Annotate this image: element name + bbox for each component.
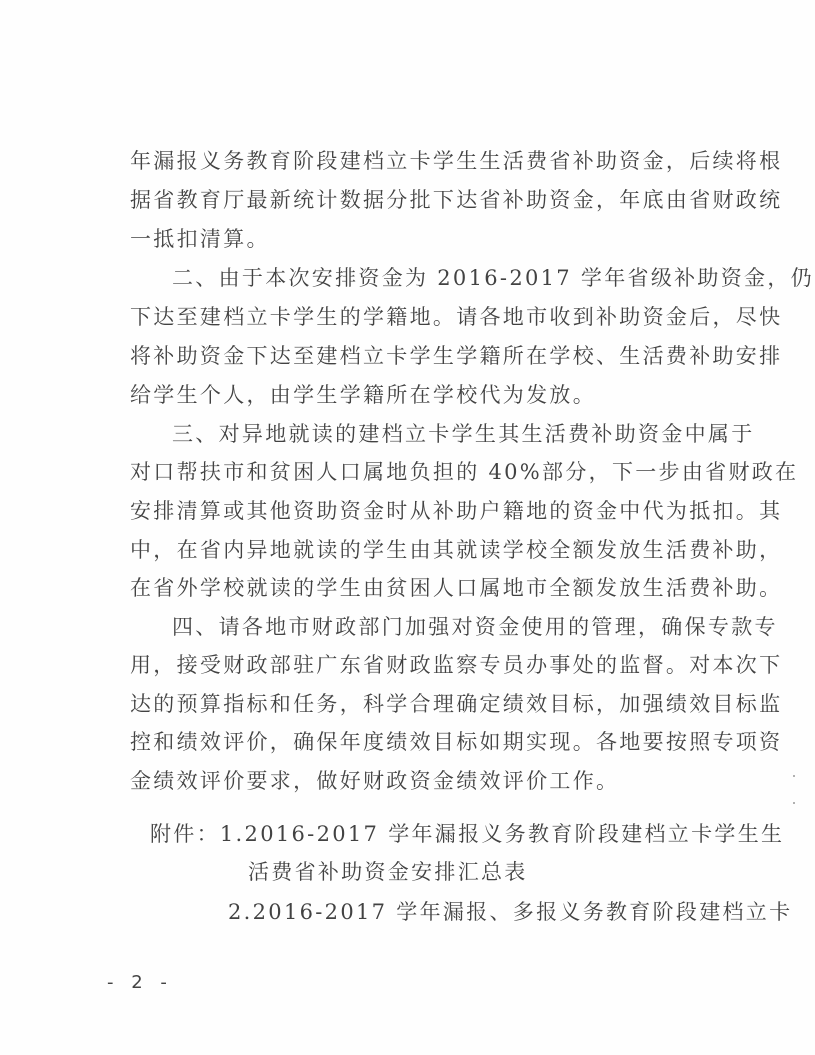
section-2-heading-line: 二、由于本次安排资金为 2016-2017 学年省级补助资金，仍 [172,263,715,293]
text-line: 用，接受财政部驻广东省财政监察专员办事处的监督。对本次下 [130,650,715,680]
attachment-item-1-continued: 活费省补助资金安排汇总表 [248,857,648,887]
text-line: 对口帮扶市和贫困人口属地负担的 40%部分，下一步由省财政在 [130,457,715,487]
text-line: 一抵扣清算。 [130,224,715,254]
attachment-item-2: 2.2016-2017 学年漏报、多报义务教育阶段建档立卡 [228,897,715,927]
document-page: 年漏报义务教育阶段建档立卡学生生活费省补助资金，后续将根 据省教育厅最新统计数据… [0,0,815,1055]
scan-speck [793,775,795,777]
attachment-item-1: 附件：1.2016-2017 学年漏报义务教育阶段建档立卡学生生 [150,819,715,849]
section-3-heading-line: 三、对异地就读的建档立卡学生其生活费补助资金中属于 [172,419,715,449]
text-line: 达的预算指标和任务，科学合理确定绩效目标，加强绩效目标监 [130,689,715,719]
text-line: 年漏报义务教育阶段建档立卡学生生活费省补助资金，后续将根 [130,146,715,176]
text-line: 将补助资金下达至建档立卡学生学籍所在学校、生活费补助安排 [130,341,715,371]
section-4-heading-line: 四、请各地市财政部门加强对资金使用的管理，确保专款专 [172,612,715,642]
text-line: 在省外学校就读的学生由贫困人口属地市全额发放生活费补助。 [130,573,715,603]
text-line: 金绩效评价要求，做好财政资金绩效评价工作。 [130,766,715,796]
page-number: - 2 - [107,972,173,993]
scan-speck [793,802,795,804]
text-line: 给学生个人，由学生学籍所在学校代为发放。 [130,380,715,410]
text-line: 据省教育厅最新统计数据分批下达省补助资金，年底由省财政统 [130,185,715,215]
text-line: 下达至建档立卡学生的学籍地。请各地市收到补助资金后，尽快 [130,302,715,332]
text-line: 控和绩效评价，确保年度绩效目标如期实现。各地要按照专项资 [130,727,715,757]
text-line: 安排清算或其他资助资金时从补助户籍地的资金中代为抵扣。其 [130,496,715,526]
text-line: 中，在省内异地就读的学生由其就读学校全额发放生活费补助， [130,535,715,565]
